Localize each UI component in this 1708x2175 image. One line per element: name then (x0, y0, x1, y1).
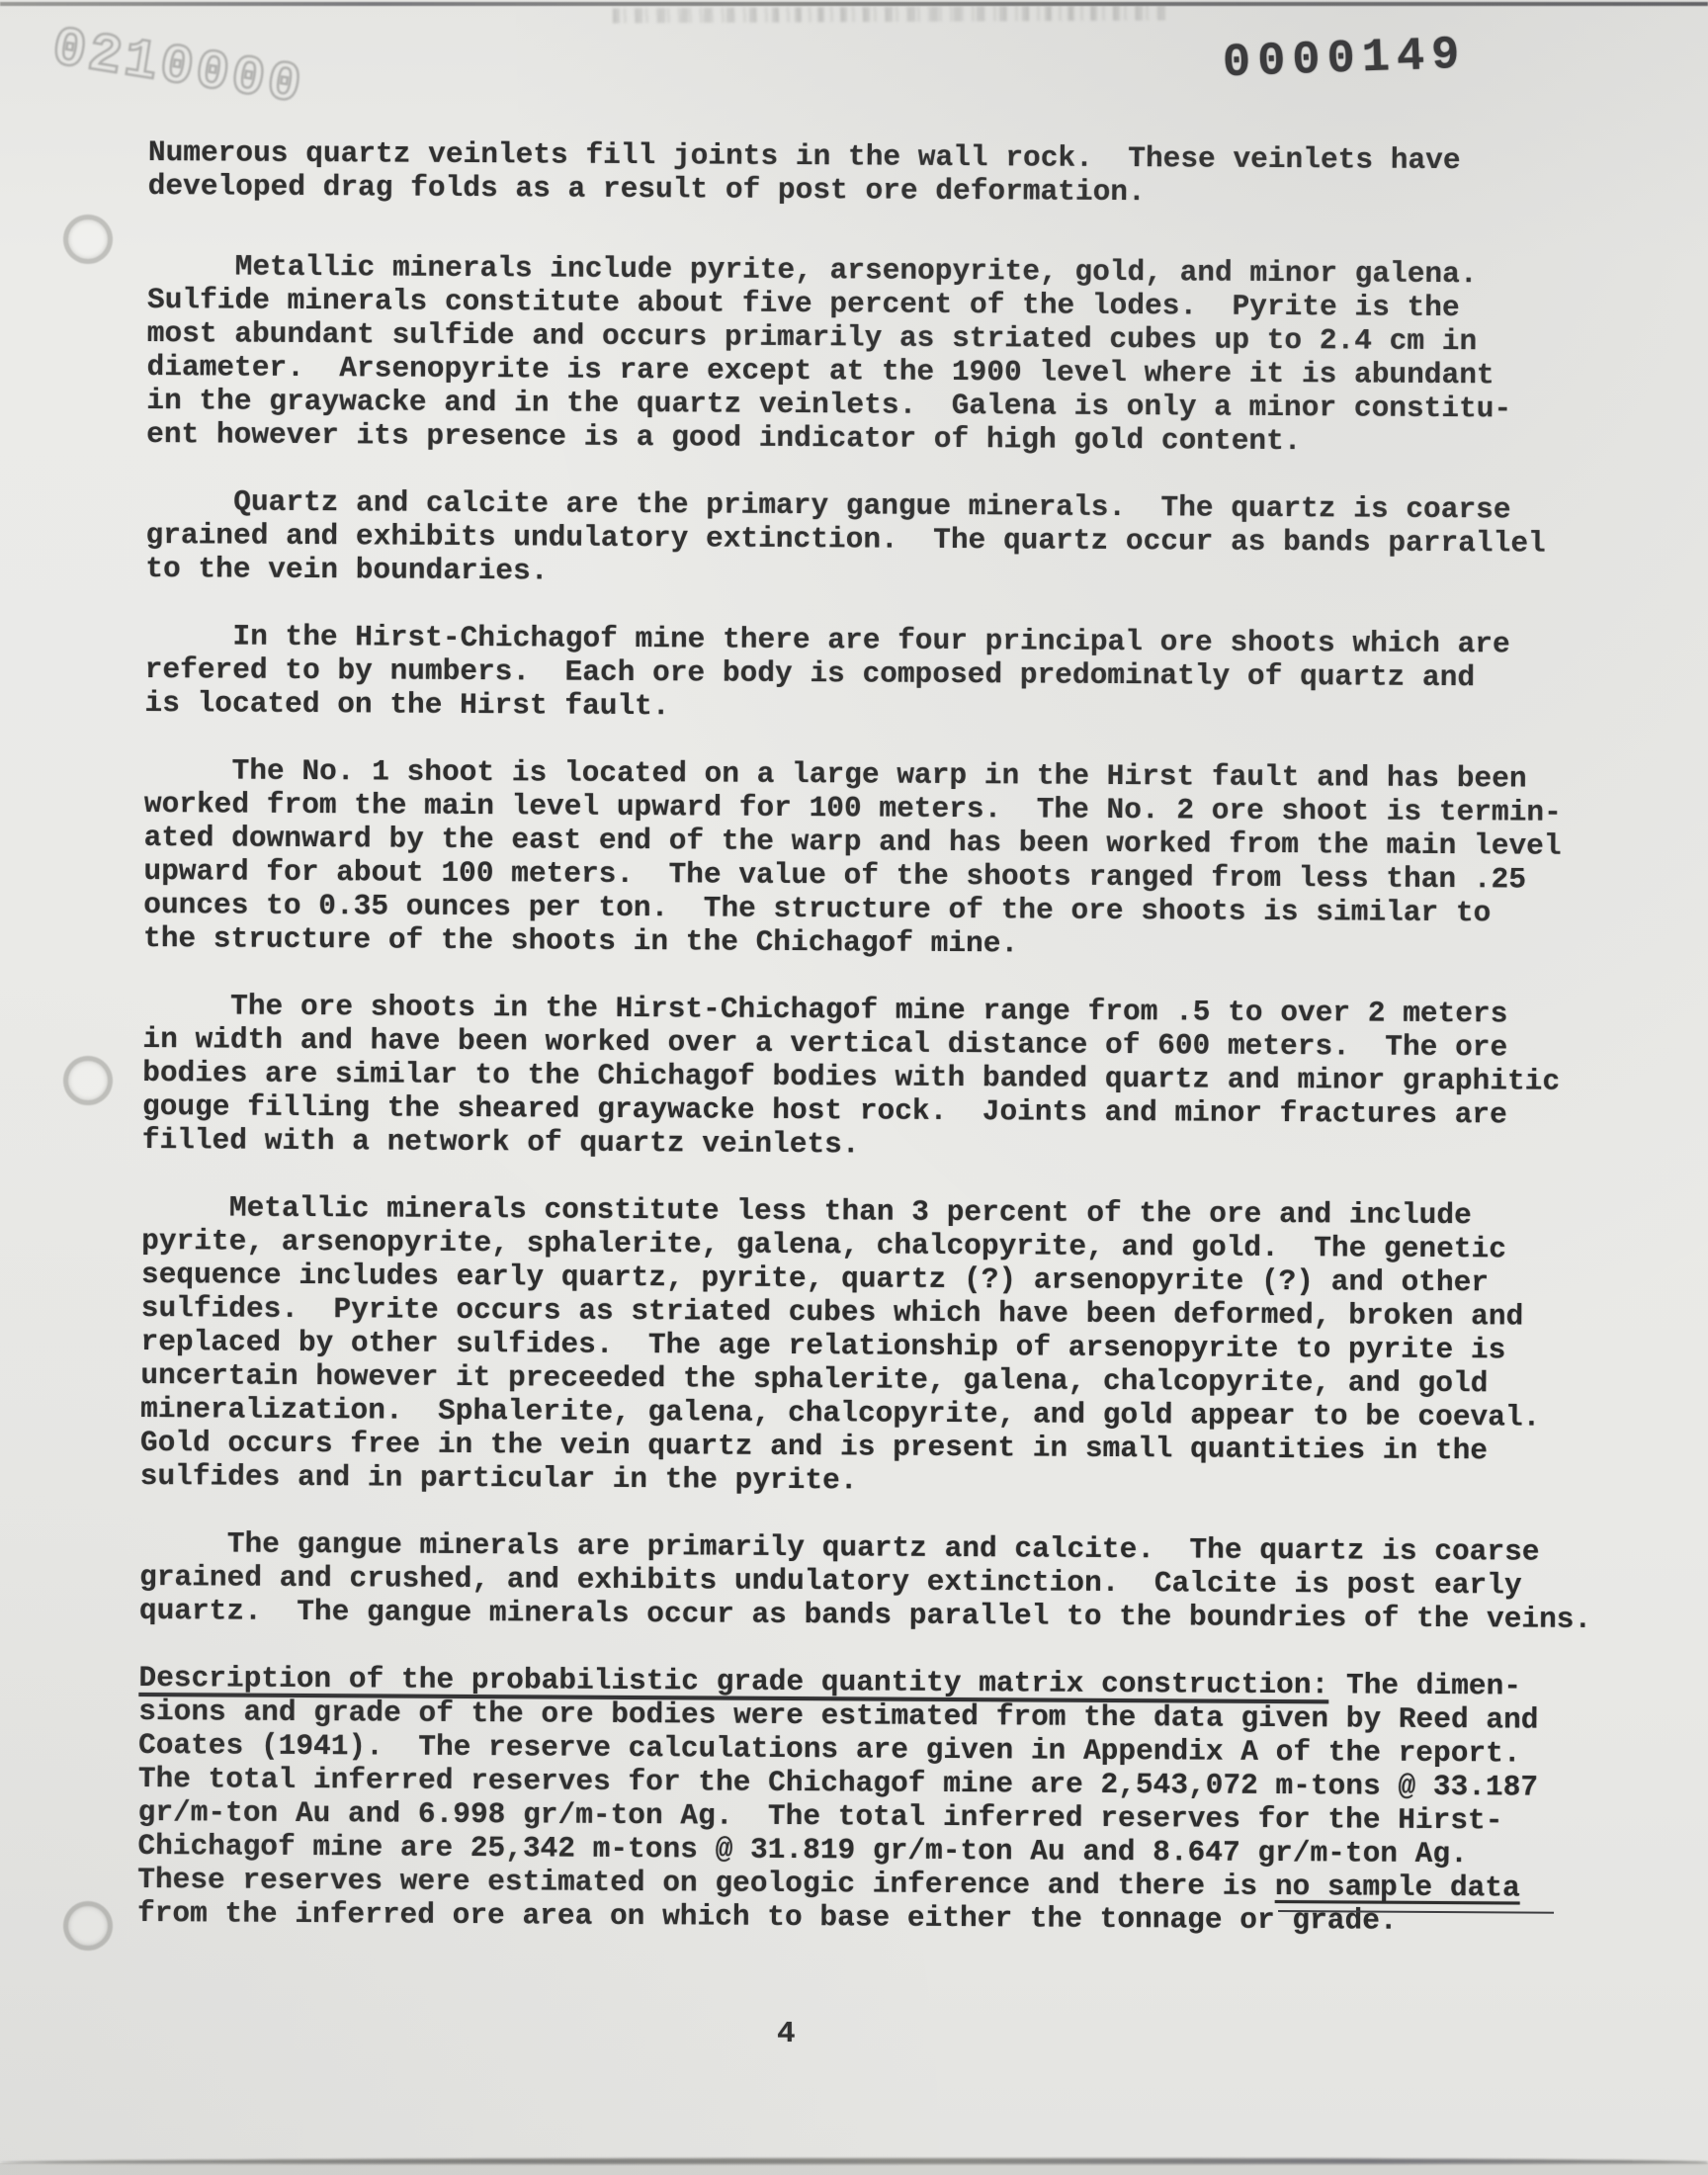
scan-bottom-edge (0, 2158, 1708, 2164)
document-number-stamp: 0000149 (1222, 30, 1467, 91)
paragraph-metallic-minerals-ore: Metallic minerals constitute less than 3… (140, 1190, 1625, 1502)
paragraph-hirst-chichagof-ore-shoots: In the Hirst-Chichagof mine there are fo… (144, 619, 1628, 729)
punch-hole-middle (63, 1056, 113, 1105)
page-number: 4 (777, 2017, 796, 2051)
paragraph-grade-matrix-description: Description of the probabilistic grade q… (137, 1661, 1622, 1939)
paragraph-gangue-minerals-bands: The gangue minerals are primarily quartz… (139, 1526, 1623, 1636)
punch-hole-bottom (63, 1901, 113, 1951)
paragraph-metallic-minerals-lodes: Metallic minerals include pyrite, arseno… (146, 249, 1630, 460)
scan-bed-strip (0, 2163, 1708, 2175)
scan-bleedthrough-marks (613, 6, 1166, 24)
bleedthrough-number-stamp: 0210000 (48, 16, 308, 118)
paragraph-gangue-minerals-quartz-calcite: Quartz and calcite are the primary gangu… (145, 484, 1629, 594)
paragraph-quartz-veinlets: Numerous quartz veinlets fill joints in … (148, 135, 1631, 212)
paragraph-no1-no2-shoots: The No. 1 shoot is located on a large wa… (143, 753, 1627, 964)
punch-hole-top (63, 215, 113, 264)
paragraph-ore-shoot-dimensions: The ore shoots in the Hirst-Chichagof mi… (142, 989, 1626, 1166)
document-body: Numerous quartz veinlets fill joints in … (137, 135, 1631, 1972)
no-sample-data-underlined-phrase: no sample data (1275, 1870, 1520, 1905)
section-body-text: The dimen- sions and grade of the ore bo… (137, 1668, 1538, 1903)
scan-top-edge (0, 2, 1708, 6)
